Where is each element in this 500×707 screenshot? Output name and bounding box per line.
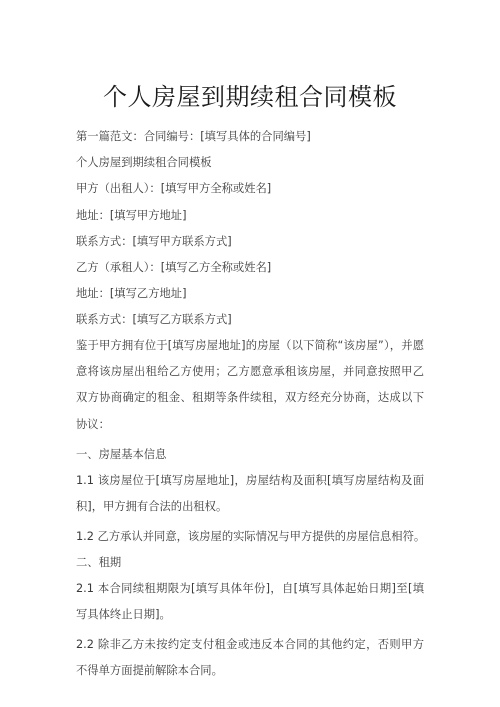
clause-2-1: 2.1 本合同续租期限为[填写具体年份]，自[填写具体起始日期]至[填写具体终止…	[76, 576, 424, 628]
document-page: 个人房屋到期续租合同模板 第一篇范文：合同编号：[填写具体的合同编号] 个人房屋…	[0, 0, 500, 707]
contract-number-line: 第一篇范文：合同编号：[填写具体的合同编号]	[76, 127, 424, 153]
clause-1-2: 1.2 乙方承认并同意，该房屋的实际情况与甲方提供的房屋信息相符。	[76, 527, 424, 553]
party-b-name-line: 乙方（承租人）：[填写乙方全称或姓名]	[76, 258, 424, 284]
document-title: 个人房屋到期续租合同模板	[0, 81, 500, 113]
party-a-contact-line: 联系方式：[填写甲方联系方式]	[76, 232, 424, 258]
subtitle-line: 个人房屋到期续租合同模板	[76, 153, 424, 179]
party-a-name-line: 甲方（出租人）：[填写甲方全称或姓名]	[76, 179, 424, 205]
preamble-paragraph: 鉴于甲方拥有位于[填写房屋地址]的房屋（以下简称“该房屋”），并愿意将该房屋出租…	[76, 333, 424, 438]
clause-2-2: 2.2 除非乙方未按约定支付租金或违反本合同的其他约定，否则甲方不得单方面提前解…	[76, 632, 424, 684]
party-b-address-line: 地址：[填写乙方地址]	[76, 284, 424, 310]
party-a-address-line: 地址：[填写甲方地址]	[76, 206, 424, 232]
clause-1-1: 1.1 该房屋位于[填写房屋地址]，房屋结构及面积[填写房屋结构及面积]，甲方拥…	[76, 468, 424, 520]
document-body: 第一篇范文：合同编号：[填写具体的合同编号] 个人房屋到期续租合同模板 甲方（出…	[76, 127, 424, 691]
